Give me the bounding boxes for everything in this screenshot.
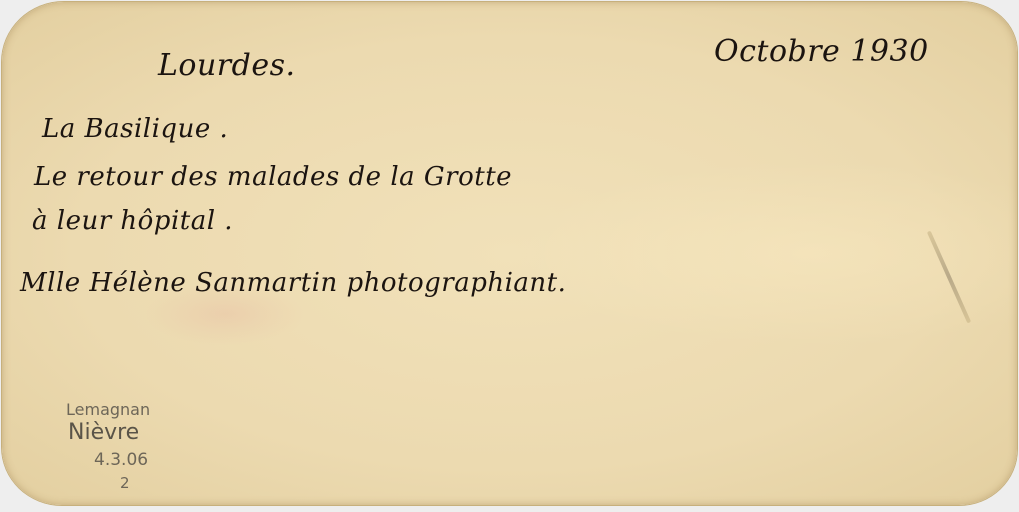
- caption-line-3: à leur hôpital .: [32, 206, 233, 236]
- photo-card-back: Lourdes. Octobre 1930 La Basilique . Le …: [2, 2, 1017, 505]
- pencil-note-line-2: Nièvre: [68, 420, 139, 445]
- pencil-note-line-4: 2: [120, 474, 130, 492]
- pencil-streak-mark: [927, 231, 971, 324]
- photographer-credit: Mlle Hélène Sanmartin photographiant.: [20, 268, 566, 298]
- caption-line-2: Le retour des malades de la Grotte: [34, 162, 512, 192]
- date-label: Octobre 1930: [714, 34, 929, 69]
- caption-line-1: La Basilique .: [42, 114, 228, 144]
- pencil-note-line-1: Lemagnan: [66, 400, 150, 419]
- place-heading: Lourdes.: [158, 48, 296, 83]
- pencil-note-line-3: 4.3.06: [94, 450, 148, 470]
